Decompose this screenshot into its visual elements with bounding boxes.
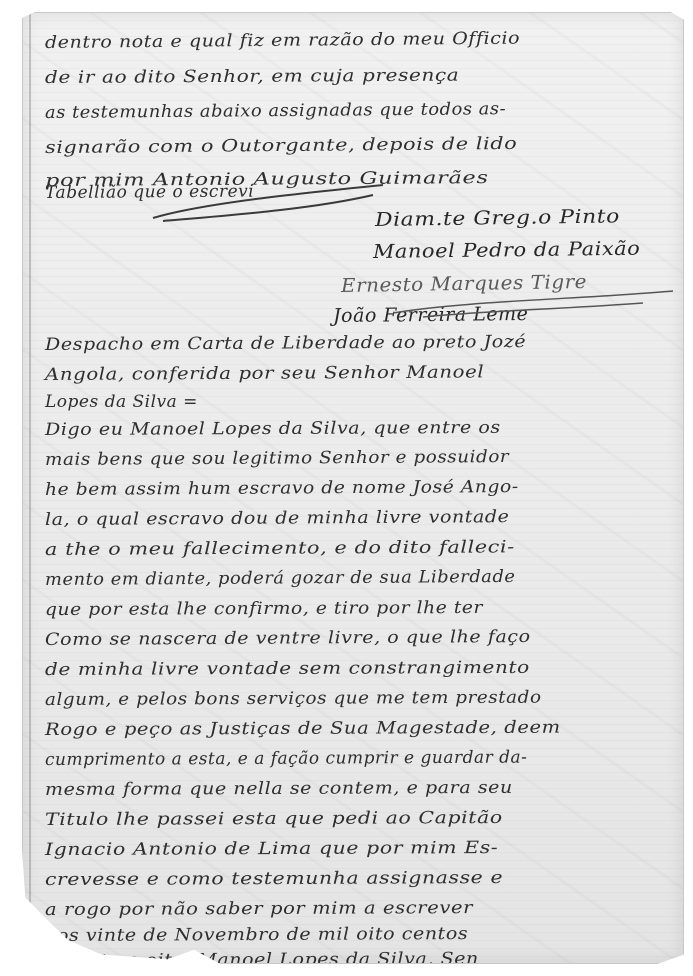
- text-line: Digo eu Manoel Lopes da Silva, que entre…: [45, 418, 501, 440]
- signature-witness-2: Manoel Pedro da Paixão: [373, 238, 641, 263]
- manuscript-page: dentro nota e qual fiz em razão do meu O…: [22, 12, 684, 964]
- text-line: as testemunhas abaixo assignadas que tod…: [45, 99, 506, 123]
- text-line: signarão com o Outorgante, depois de lid…: [45, 134, 518, 158]
- text-line: cumprimento a esta, e a fação cumprir e …: [45, 747, 528, 770]
- text-line: Ignacio Antonio de Lima que por mim Es-: [45, 838, 498, 860]
- text-line: de ir ao dito Senhor, em cuja presença: [45, 66, 459, 88]
- text-line: crevesse e como testemunha assignasse e: [45, 868, 503, 890]
- text-line: Titulo lhe passei esta que pedi ao Capit…: [45, 808, 503, 830]
- text-line: mais bens que sou legitimo Senhor e poss…: [45, 447, 509, 470]
- text-line: la, o qual escravo dou de minha livre vo…: [45, 507, 510, 530]
- text-line: que por esta lhe confirmo, e tiro por lh…: [45, 598, 483, 620]
- text-line: algum, e pelos bons serviços que me tem …: [45, 688, 542, 710]
- text-line: de minha livre vontade sem constrangimen…: [45, 658, 530, 680]
- text-line: dentro nota e qual fiz em razão do meu O…: [45, 29, 520, 53]
- signature-witness-1: Diam.te Greg.o Pinto: [375, 205, 620, 231]
- text-line: Rogo e peço as Justiças de Sua Magestade…: [45, 718, 561, 740]
- text-line: he bem assim hum escravo de nome José An…: [45, 477, 519, 500]
- date-line: aos vinte de Novembro de mil oito centos: [45, 924, 468, 946]
- tabeliao-line: Tabellião que o escrevi: [45, 182, 254, 203]
- deed-heading-line: Angola, conferida por seu Senhor Manoel: [45, 362, 484, 385]
- text-line: mesma forma que nella se contem, e para …: [45, 778, 513, 800]
- signature-witness-3: Ernesto Marques Tigre: [341, 271, 587, 297]
- text-line: Como se nascera de ventre livre, o que l…: [45, 627, 531, 650]
- signature-witness-4: João Ferreira Leme: [333, 303, 529, 327]
- deed-heading-line: Lopes da Silva =: [45, 392, 198, 412]
- text-line: a rogo por não saber por mim a escrever: [45, 898, 473, 920]
- text-line: a the o meu fallecimento, e do dito fall…: [45, 537, 515, 560]
- deed-heading-line: Despacho em Carta de Liberdade ao preto …: [45, 332, 526, 355]
- signature-grantor-line: trinta e oito. Manoel Lopes da Silva, Se…: [63, 949, 479, 964]
- text-line: mento em diante, poderá gozar de sua Lib…: [45, 567, 516, 590]
- left-margin-rule: [29, 13, 31, 963]
